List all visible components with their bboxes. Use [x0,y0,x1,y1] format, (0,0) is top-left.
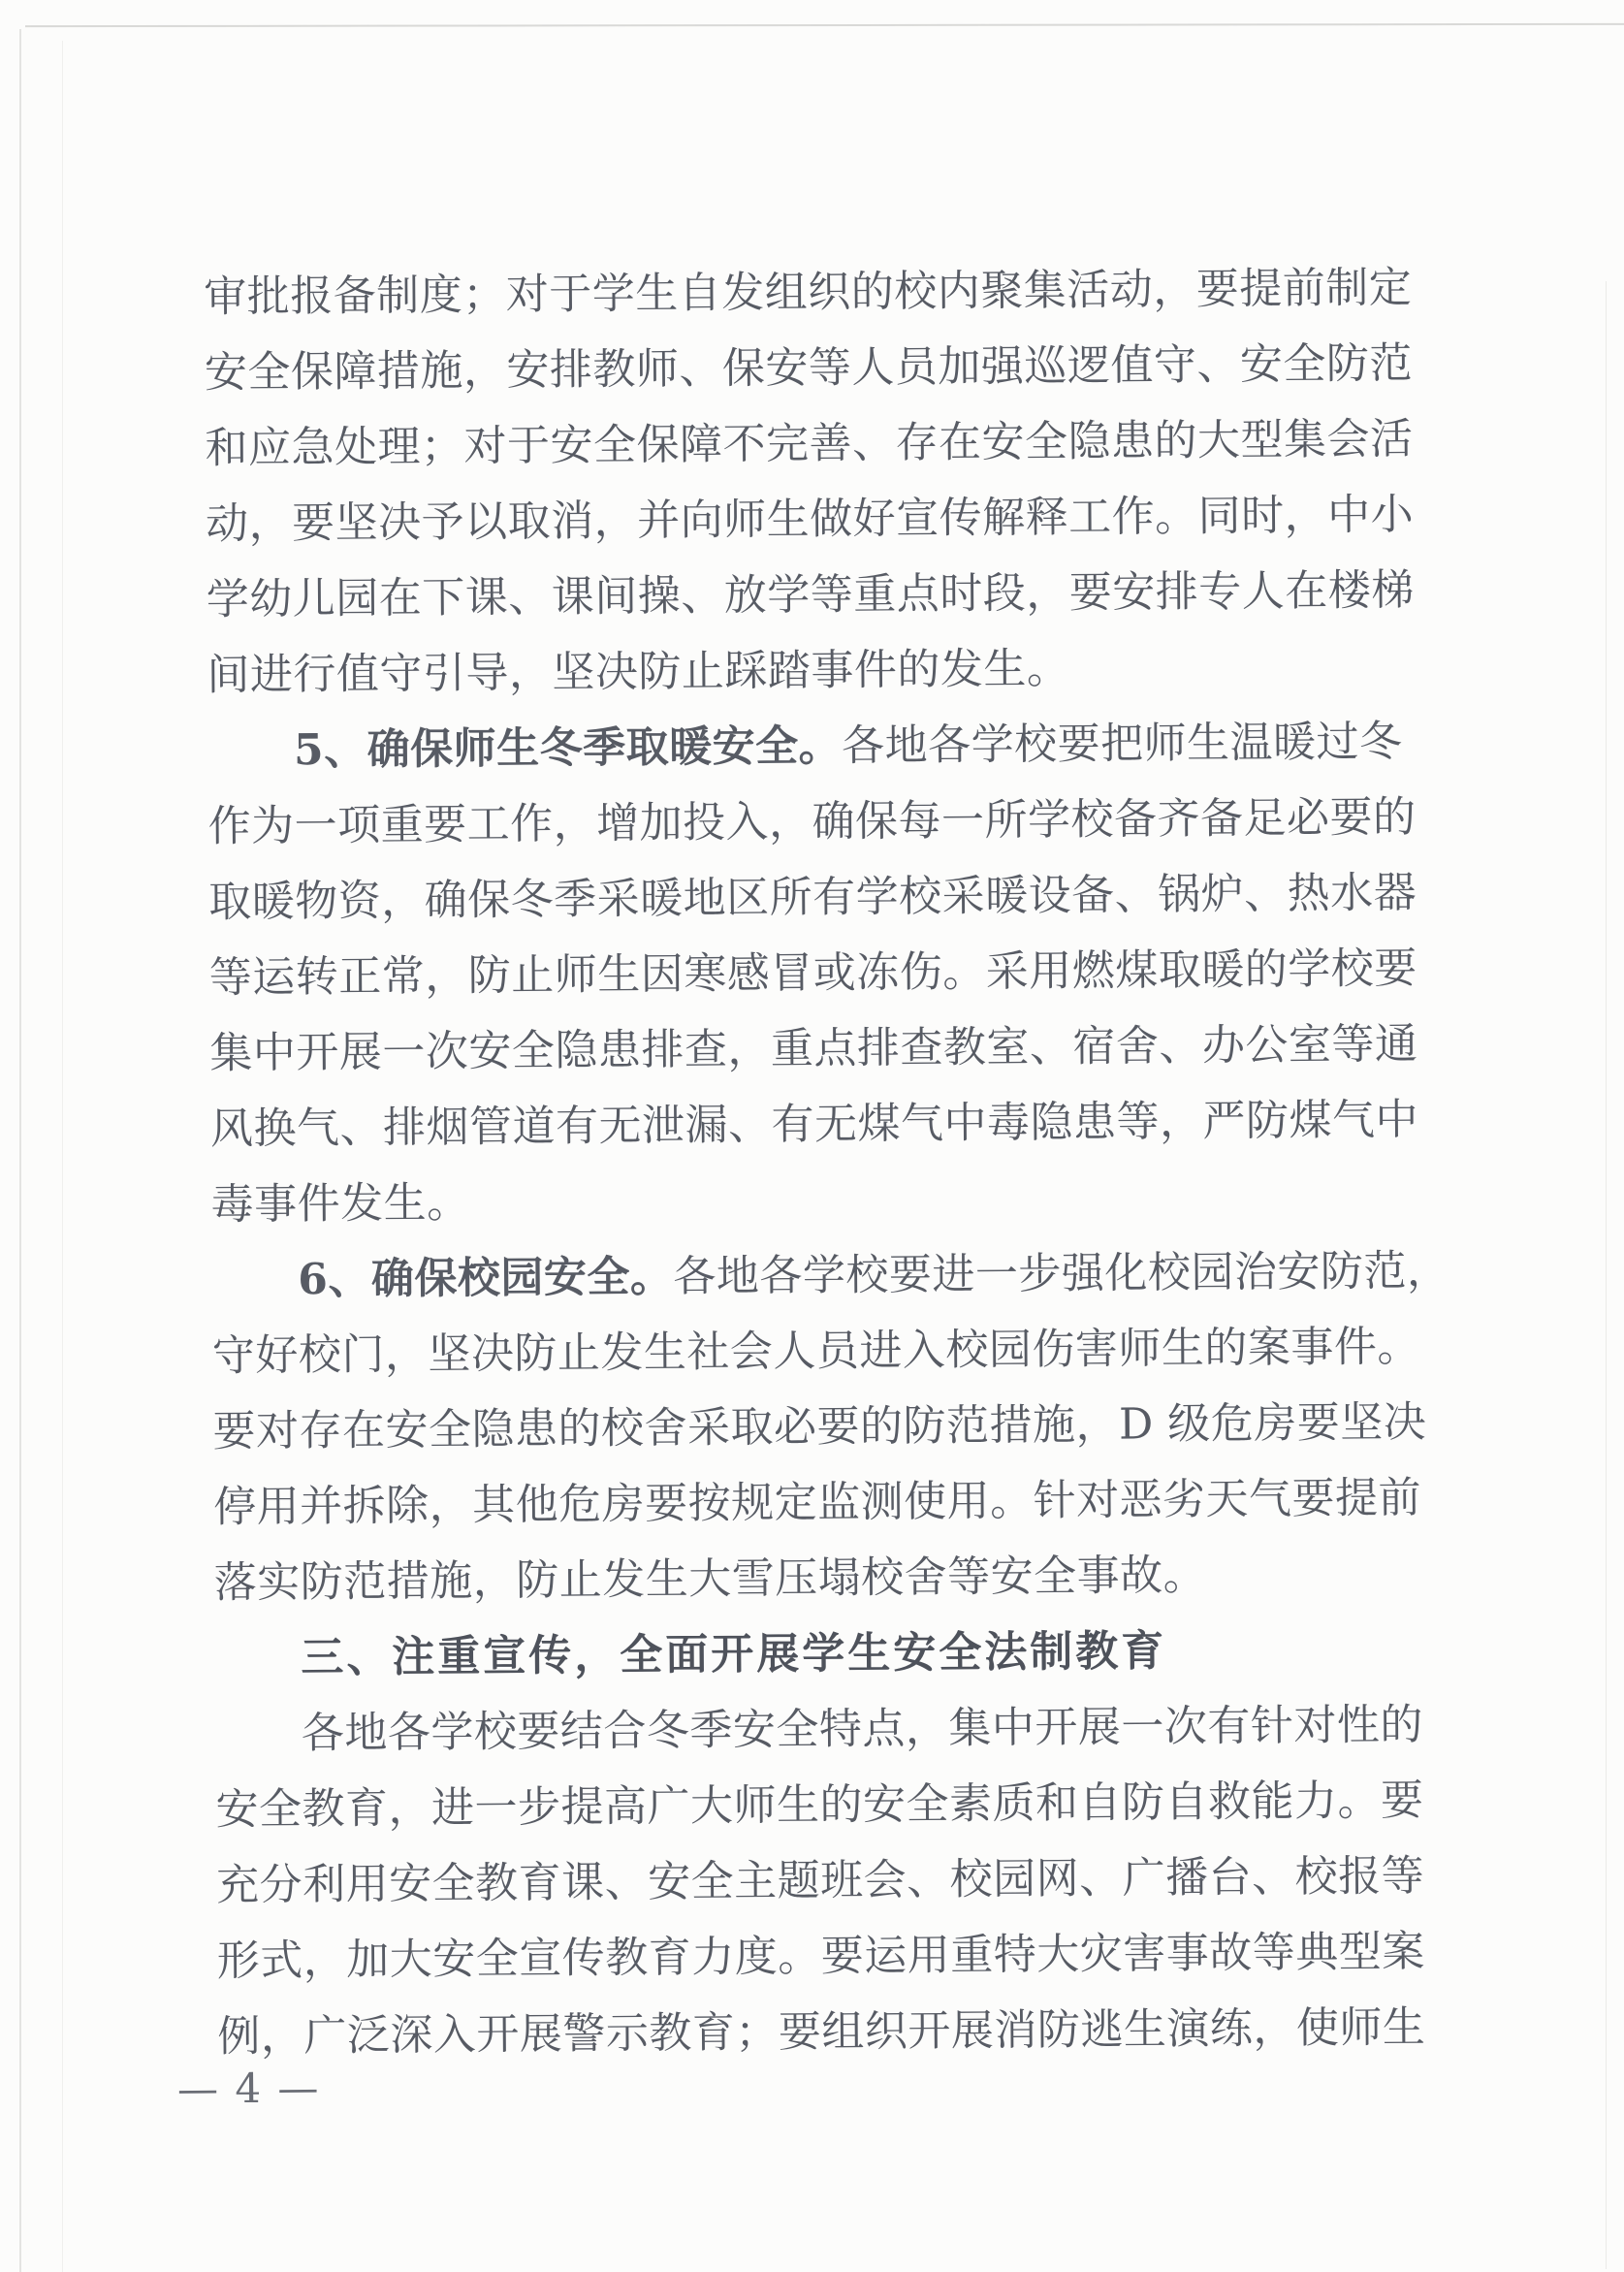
text-segment: 形式，加大安全宣传教育力度。要运用重特大灾害事故等典型案 [217,1927,1425,1986]
scan-edge-left-inner [62,41,63,2272]
text-segment: 各地各学校要结合冬季安全特点，集中开展一次有针对性的 [302,1700,1423,1758]
text-line: 动，要坚决予以取消，并向师生做好宣传解释工作。同时，中小 [206,477,1418,562]
text-line: 等运转正常，防止师生因寒感冒或冻伤。采用燃煤取暖的学校要 [209,931,1422,1016]
text-line: 间进行值守引导，坚决防止踩踏事件的发生。 [207,628,1419,714]
paragraph-6-heading: 6、确保校园安全。 [298,1252,674,1304]
text-line: 和应急处理；对于安全保障不完善、存在安全隐患的大型集会活 [205,401,1417,487]
text-line: 取暖物资，确保冬季采暖地区所有学校采暖设备、锅炉、热水器 [208,855,1421,941]
text-line: 停用并拆除，其他危房要按规定监测使用。针对恶劣天气要提前 [213,1460,1426,1546]
text-line: 学幼儿园在下课、课间操、放学等重点时段，要安排专人在楼梯 [206,553,1418,638]
page-number: — 4 — [177,2059,321,2118]
text-segment: 风换气、排烟管道有无泄漏、有无煤气中毒隐患等，严防煤气中 [210,1095,1418,1154]
text-line: 落实防范措施，防止发生大雪压塌校舍等安全事故。 [213,1536,1426,1621]
text-segment: 各地各学校要把师生温暖过冬 [842,717,1403,771]
text-segment: 集中开展一次安全隐患排查，重点排查教室、宿舍、办公室等通 [209,1019,1417,1078]
text-line: 充分利用安全教育课、安全主题班会、校园网、广播台、校报等 [216,1839,1429,1924]
text-segment: 作为一项重要工作，增加投入，确保每一所学校备齐备足必要的 [207,792,1416,851]
scan-edge-left [19,29,21,2272]
text-line: 例，广泛深入开展警示教育；要组织开展消防逃生演练，使师生 [217,1990,1430,2075]
scan-edge-right [1606,281,1607,2269]
text-line: 安全保障措施，安排教师、保安等人员加强巡逻值守、安全防范 [205,326,1417,411]
section-heading-3: 三、注重宣传，全面开展学生安全法制教育 [214,1612,1427,1697]
text-segment: 动，要坚决予以取消，并向师生做好宣传解释工作。同时，中小 [206,490,1414,549]
text-line: 要对存在安全隐患的校舍采取必要的防范措施，D 级危房要坚决 [212,1385,1425,1470]
text-line: 作为一项重要工作，增加投入，确保每一所学校备齐备足必要的 [207,780,1420,865]
text-segment: 取暖物资，确保冬季采暖地区所有学校采暖设备、锅炉、热水器 [208,868,1417,927]
text-segment: 等运转正常，防止师生因寒感冒或冻伤。采用燃煤取暖的学校要 [209,944,1417,1003]
text-segment: 安全教育，进一步提高广大师生的安全素质和自防自救能力。要 [215,1776,1423,1835]
text-line: 守好校门，坚决防止发生社会人员进入校园伤害师生的案事件。 [212,1309,1425,1394]
text-segment: 毒事件发生。 [210,1178,469,1230]
document-body: 审批报备制度；对于学生自发组织的校内聚集活动，要提前制定 安全保障措施，安排教师… [204,250,1430,2075]
text-line: 形式，加大安全宣传教育力度。要运用重特大灾害事故等典型案 [216,1914,1429,2000]
scan-edge-top [25,23,1624,27]
text-segment: 学幼儿园在下课、课间操、放学等重点时段，要安排专人在楼梯 [207,565,1415,624]
text-segment: 落实防范措施，防止发生大雪压塌校舍等安全事故。 [214,1551,1207,1608]
text-line-paragraph-5-start: 5、确保师生冬季取暖安全。各地各学校要把师生温暖过冬 [207,704,1420,789]
paragraph-5-heading: 5、确保师生冬季取暖安全。 [294,721,843,775]
text-line: 风换气、排烟管道有无泄漏、有无煤气中毒隐患等，严防煤气中 [210,1082,1423,1168]
text-segment: 要对存在安全隐患的校舍采取必要的防范措施，D 级危房要坚决 [212,1397,1426,1456]
text-segment: 各地各学校要进一步强化校园治安防范， [673,1246,1449,1301]
text-line: 集中开展一次安全隐患排查，重点排查教室、宿舍、办公室等通 [209,1007,1422,1092]
text-segment: 例，广泛深入开展警示教育；要组织开展消防逃生演练，使师生 [217,2002,1425,2062]
section-heading-text: 三、注重宣传，全面开展学生安全法制教育 [301,1626,1166,1682]
scanned-document-page: 审批报备制度；对于学生自发组织的校内聚集活动，要提前制定 安全保障措施，安排教师… [0,0,1624,2272]
text-segment: 守好校门，坚决防止发生社会人员进入校园伤害师生的案事件。 [212,1322,1420,1381]
text-segment: 停用并拆除，其他危房要按规定监测使用。针对恶劣天气要提前 [213,1473,1421,1532]
text-line: 安全教育，进一步提高广大师生的安全素质和自防自救能力。要 [215,1763,1428,1848]
text-segment: 充分利用安全教育课、安全主题班会、校园网、广播台、校报等 [216,1851,1424,1910]
text-line: 毒事件发生。 [210,1158,1423,1243]
text-segment: 审批报备制度；对于学生自发组织的校内聚集活动，要提前制定 [204,263,1412,322]
text-segment: 安全保障措施，安排教师、保安等人员加强巡逻值守、安全防范 [205,338,1413,398]
text-segment: 和应急处理；对于安全保障不完善、存在安全隐患的大型集会活 [205,414,1413,473]
text-line-paragraph-start: 各地各学校要结合冬季安全特点，集中开展一次有针对性的 [215,1687,1428,1773]
text-line: 审批报备制度；对于学生自发组织的校内聚集活动，要提前制定 [204,250,1417,336]
text-segment: 间进行值守引导，坚决防止踩踏事件的发生。 [207,644,1069,700]
text-line-paragraph-6-start: 6、确保校园安全。各地各学校要进一步强化校园治安防范， [211,1233,1424,1319]
